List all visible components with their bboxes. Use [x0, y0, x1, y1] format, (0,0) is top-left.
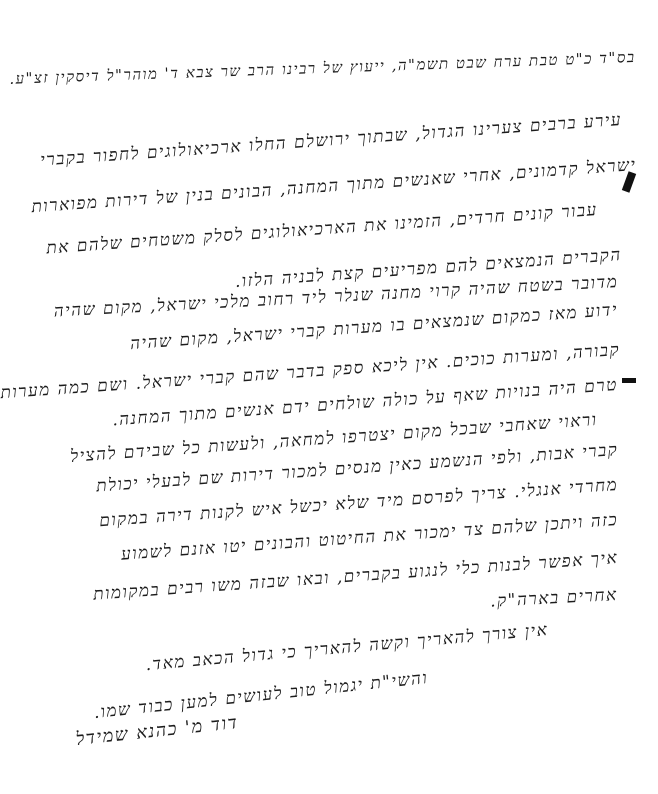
letter-closing-line: והשי"ת יגמול טוב לעושים למען כבוד שמו.: [93, 668, 429, 723]
dash-mark: [622, 378, 636, 383]
scanned-letter-page: בס"ד כ"ט טבת ערח שבט תשמ"ה, ייעוץ של רבי…: [0, 0, 658, 794]
letter-closing-line: אין צורך להאריך וקשה להאריך כי גדול הכאב…: [144, 620, 548, 675]
letter-body-line: אחרים בארה"ק.: [490, 585, 618, 612]
letter-header-line: בס"ד כ"ט טבת ערח שבט תשמ"ה, ייעוץ של רבי…: [9, 48, 636, 89]
